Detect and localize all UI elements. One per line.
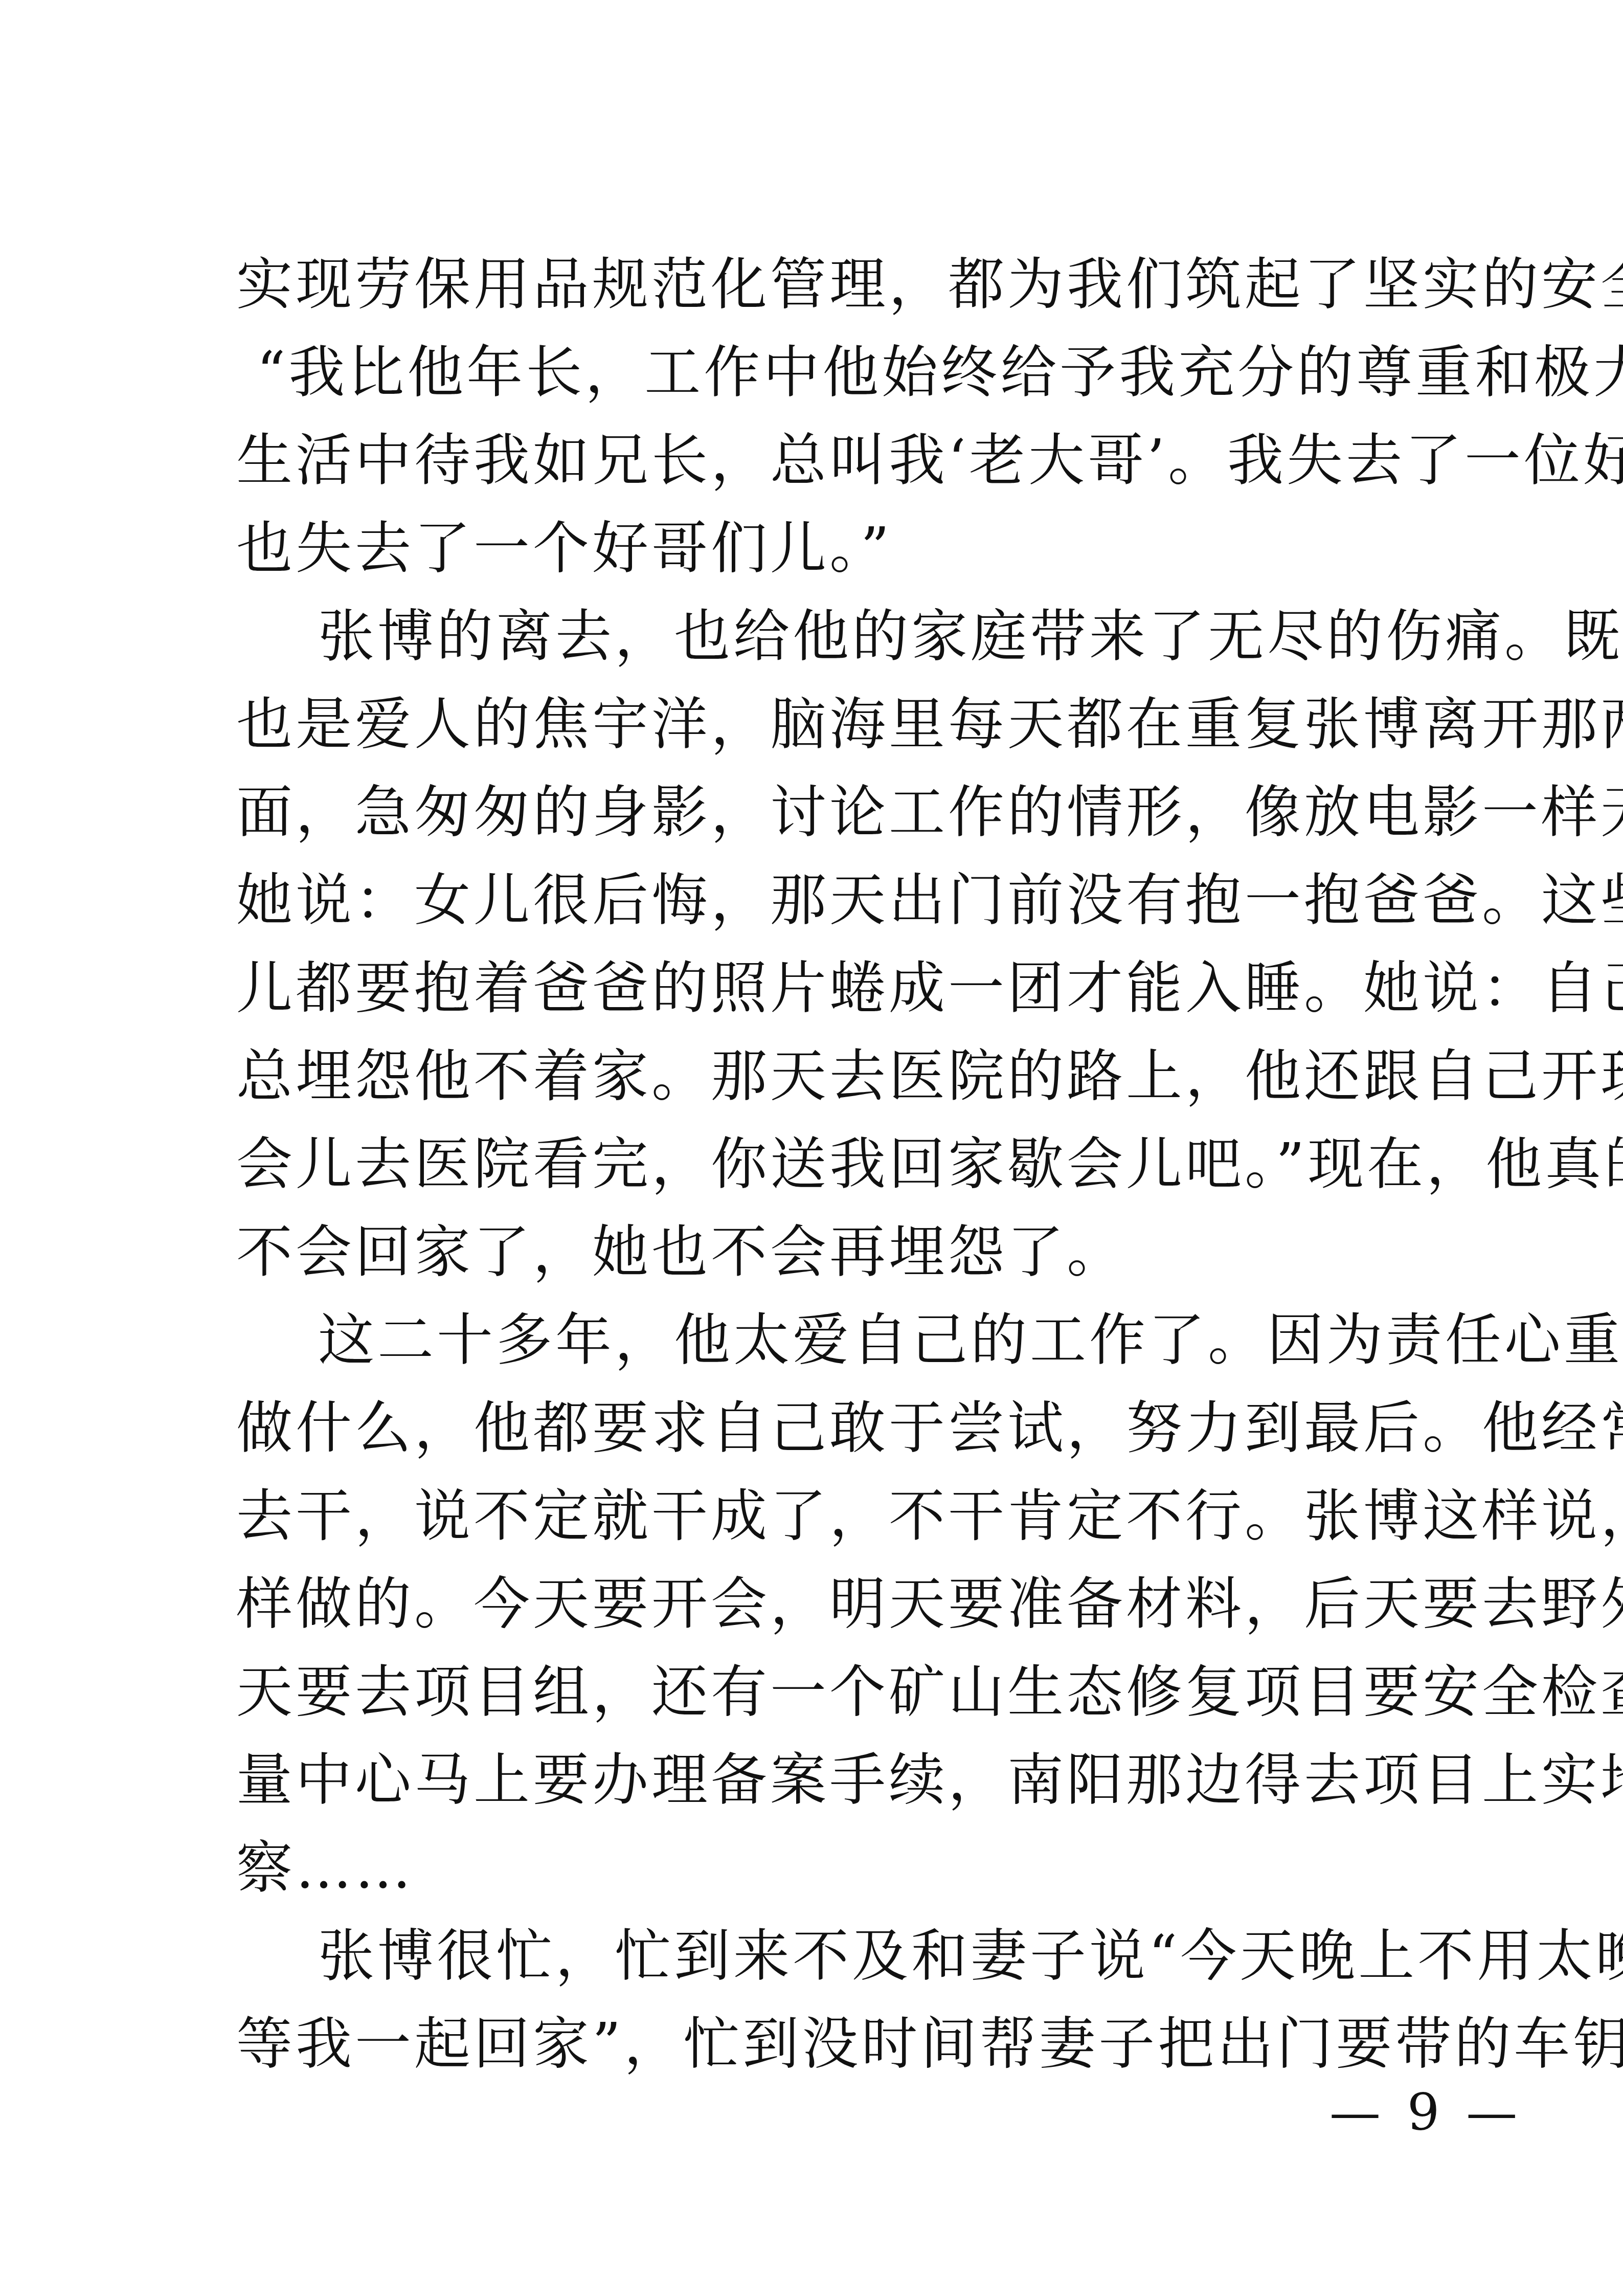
text-line: 量中心马上要办理备案手续，南阳那边得去项目上实地考 — [236, 1736, 1433, 1824]
text-line: 做什么，他都要求自己敢于尝试，努力到最后。他经常说，先 — [236, 1384, 1433, 1472]
text-line: 样做的。今天要开会，明天要准备材料，后天要去野外，大后 — [236, 1560, 1433, 1648]
text-line: 她说：女儿很后悔，那天出门前没有抱一抱爸爸。这些天，女 — [236, 856, 1433, 944]
text-line: 等我一起回家”，忙到没时间帮妻子把出门要带的车钥匙、家 — [236, 2000, 1433, 2088]
text-line: 生活中待我如兄长，总叫我‘老大哥’。我失去了一位好领导， — [236, 416, 1433, 504]
paragraph-start-line: 张博很忙，忙到来不及和妻子说“今天晚上不用太晚下班， — [236, 1912, 1433, 2000]
text-line: 也失去了一个好哥们儿。” — [236, 504, 1433, 592]
text-line: 总埋怨他不着家。那天去医院的路上，他还跟自己开玩笑，“等 — [236, 1032, 1433, 1120]
text-line: 面，急匆匆的身影，讨论工作的情形，像放电影一样无限循环。 — [236, 768, 1433, 856]
text-line: 天要去项目组，还有一个矿山生态修复项目要安全检查，碳计 — [236, 1648, 1433, 1736]
text-line: “我比他年长，工作中他始终给予我充分的尊重和极大的支持， — [236, 328, 1433, 416]
text-line: 去干，说不定就干成了，不干肯定不行。张博这样说，也是这 — [236, 1472, 1433, 1560]
text-line: 也是爱人的焦宇洋，脑海里每天都在重复张博离开那两天的画 — [236, 680, 1433, 768]
text-line: 会儿去医院看完，你送我回家歇会儿吧。”现在，他真的再也 — [236, 1120, 1433, 1208]
document-page: 实现劳保用品规范化管理，都为我们筑起了坚实的安全防线。” “我比他年长，工作中他… — [0, 0, 1623, 2296]
text-line: 实现劳保用品规范化管理，都为我们筑起了坚实的安全防线。” — [236, 240, 1433, 328]
text-line: 儿都要抱着爸爸的照片蜷成一团才能入睡。她说：自己很后悔， — [236, 944, 1433, 1032]
text-line: 不会回家了，她也不会再埋怨了。 — [236, 1208, 1433, 1296]
body-text: 实现劳保用品规范化管理，都为我们筑起了坚实的安全防线。” “我比他年长，工作中他… — [236, 240, 1433, 2088]
paragraph-start-line: 这二十多年，他太爱自己的工作了。因为责任心重，不管 — [236, 1296, 1433, 1384]
page-number: — 9 — — [1329, 2077, 1442, 2148]
paragraph-start-line: 张博的离去，也给他的家庭带来了无尽的伤痛。既是同事 — [236, 592, 1433, 680]
text-line: 察…… — [236, 1824, 1433, 1912]
